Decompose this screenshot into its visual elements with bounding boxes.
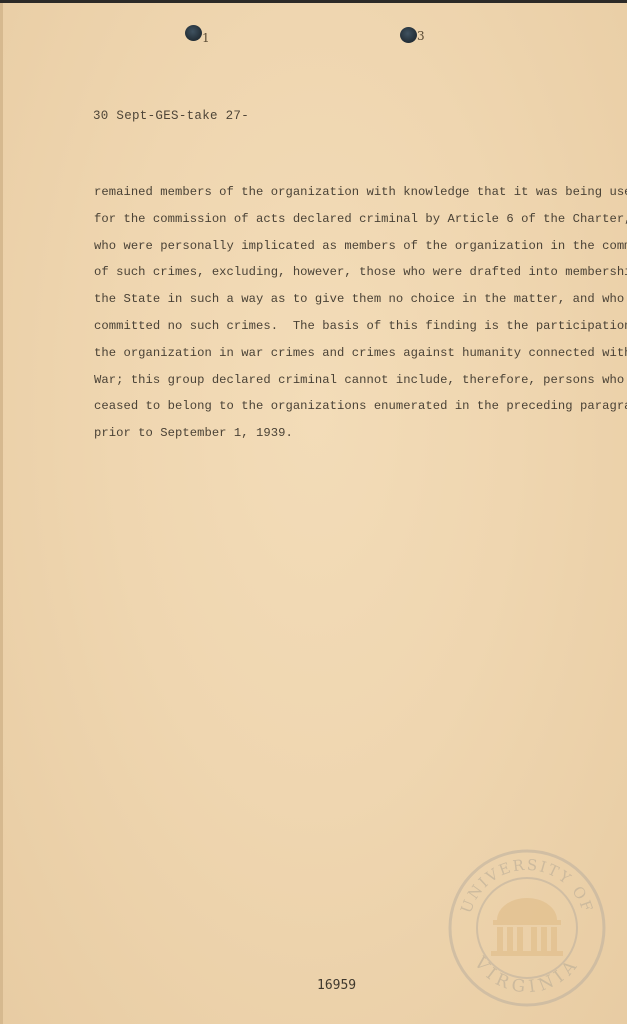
text-line: of such crimes, excluding, however, thos… <box>94 263 624 290</box>
text-line: committed no such crimes. The basis of t… <box>94 317 624 344</box>
binder-hole-right <box>400 27 417 43</box>
university-seal-watermark: UNIVERSITY OF VIRGINIA <box>447 848 607 1008</box>
text-line: War; this group declared criminal cannot… <box>94 371 624 398</box>
text-line: prior to September 1, 1939. <box>94 424 624 451</box>
text-line: remained members of the organization wit… <box>94 183 624 210</box>
take-header: 30 Sept-GES-take 27- <box>93 109 249 123</box>
text-line: who were personally implicated as member… <box>94 237 624 264</box>
text-line: the State in such a way as to give them … <box>94 290 624 317</box>
text-line: ceased to belong to the organizations en… <box>94 397 624 424</box>
document-page: 1 3 30 Sept-GES-take 27- remained member… <box>0 3 627 1024</box>
body-paragraph: remained members of the organization wit… <box>94 183 624 451</box>
text-line: for the commission of acts declared crim… <box>94 210 624 237</box>
text-line: the organization in war crimes and crime… <box>94 344 624 371</box>
page-number: 16959 <box>317 978 356 993</box>
binder-mark-1: 1 <box>202 31 210 45</box>
binder-mark-3: 3 <box>417 29 425 43</box>
binder-hole-left <box>185 25 202 41</box>
svg-text:VIRGINIA: VIRGINIA <box>469 953 584 998</box>
